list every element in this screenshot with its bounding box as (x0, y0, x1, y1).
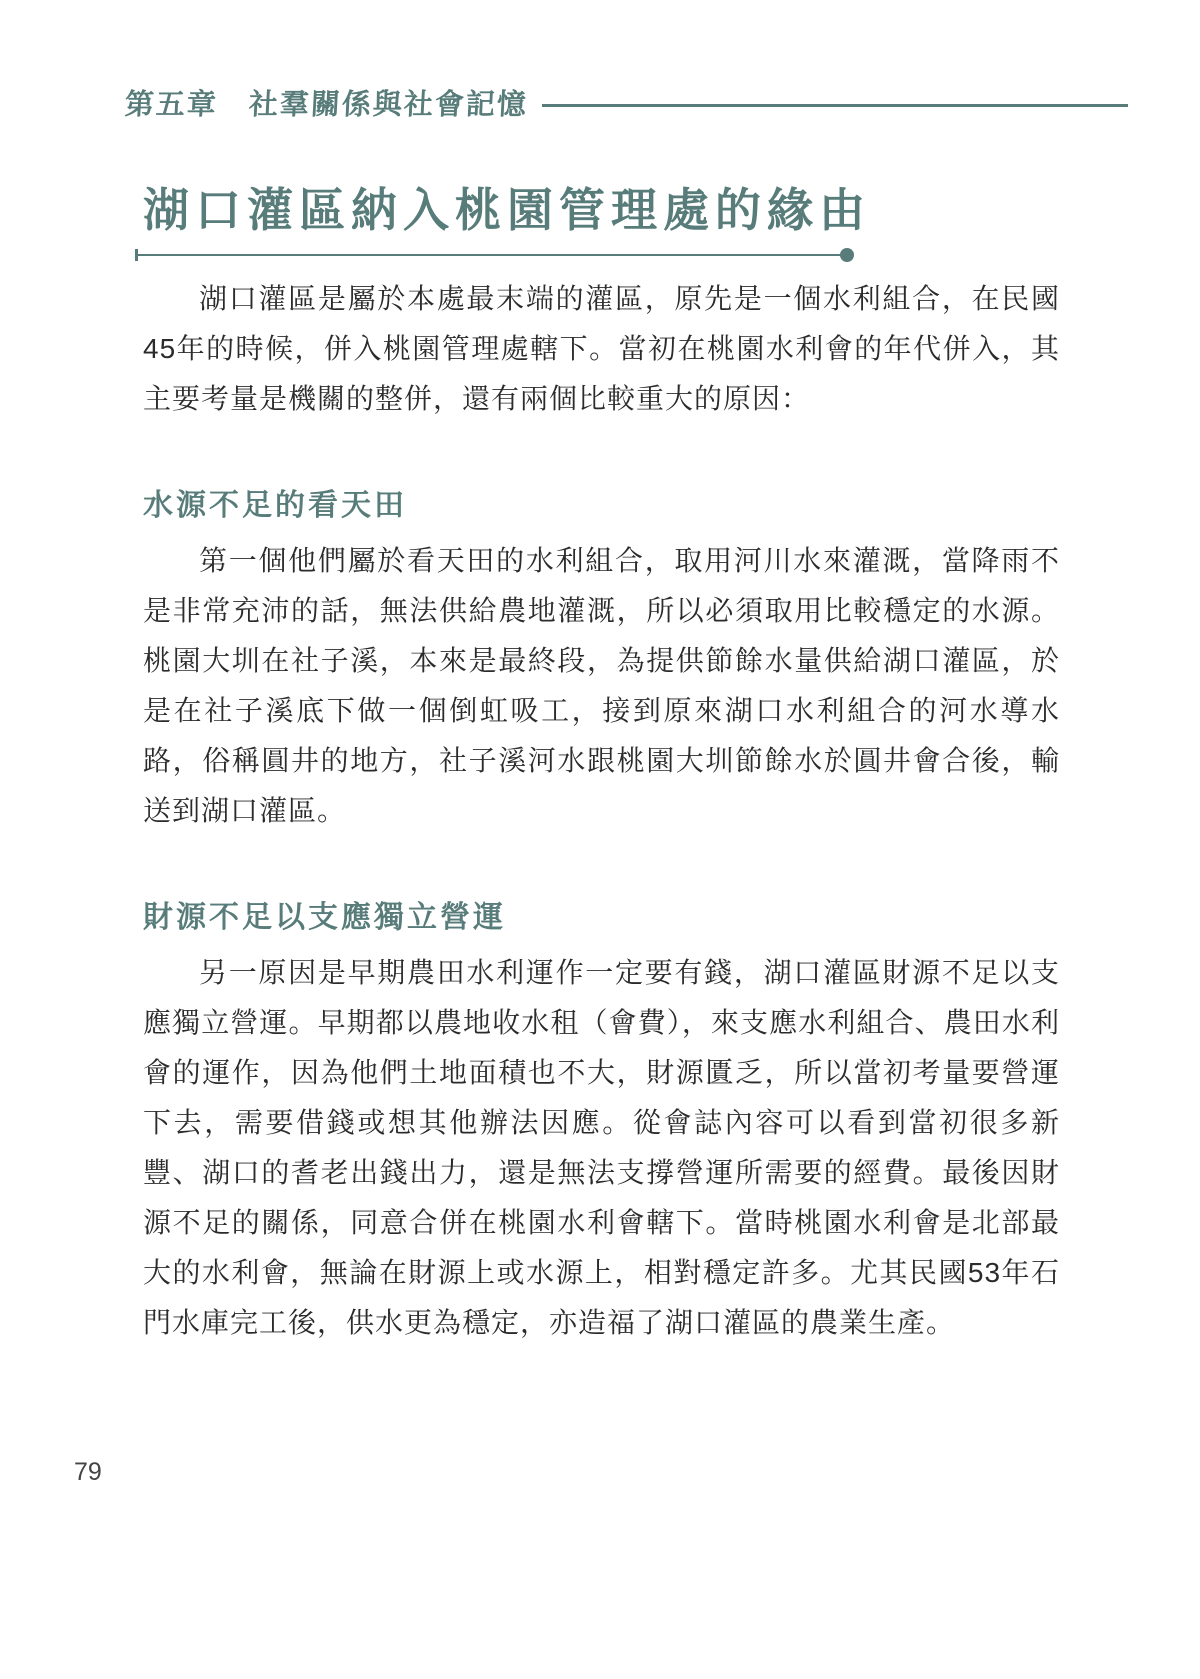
intro-paragraph: 湖口灌區是屬於本處最末端的灌區，原先是一個水利組合，在民國45年的時候，併入桃園… (143, 274, 1060, 424)
section-heading-finance: 財源不足以支應獨立營運 (143, 898, 1060, 938)
book-page: 第五章 社羣關係與社會記憶 湖口灌區納入桃園管理處的緣由 湖口灌區是屬於本處最末… (0, 0, 1200, 1679)
chapter-header: 第五章 社羣關係與社會記憶 (125, 82, 1128, 123)
page-content: 湖口灌區納入桃園管理處的緣由 湖口灌區是屬於本處最末端的灌區，原先是一個水利組合… (143, 183, 1060, 1348)
section-finance-shortage: 財源不足以支應獨立營運 另一原因是早期農田水利運作一定要有錢，湖口灌區財源不足以… (143, 898, 1060, 1348)
article-title: 湖口灌區納入桃園管理處的緣由 (143, 183, 1060, 238)
section-heading-water: 水源不足的看天田 (143, 486, 1060, 526)
chapter-title: 第五章 社羣關係與社會記憶 (124, 82, 529, 123)
header-rule (542, 104, 1128, 107)
section-water-shortage: 水源不足的看天田 第一個他們屬於看天田的水利組合，取用河川水來灌溉，當降雨不是非… (143, 486, 1060, 836)
page-number: 79 (74, 1458, 102, 1487)
finance-paragraph: 另一原因是早期農田水利運作一定要有錢，湖口灌區財源不足以支應獨立營運。早期都以農… (143, 948, 1060, 1348)
water-paragraph: 第一個他們屬於看天田的水利組合，取用河川水來灌溉，當降雨不是非常充沛的話，無法供… (143, 536, 1060, 836)
title-underline (135, 254, 847, 256)
section-intro: 湖口灌區是屬於本處最末端的灌區，原先是一個水利組合，在民國45年的時候，併入桃園… (143, 274, 1060, 424)
